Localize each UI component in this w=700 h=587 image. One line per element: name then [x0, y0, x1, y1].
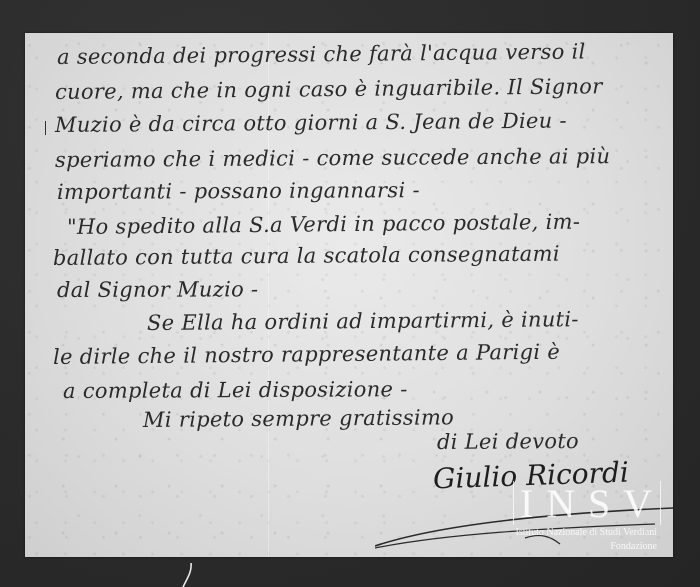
- letter-line-11: a completa di Lei disposizione -: [63, 377, 408, 403]
- letter-valediction: di Lei devoto: [437, 429, 579, 454]
- letter-line-7: ballato con tutta cura la scatola conseg…: [53, 242, 560, 270]
- letter-line-10: le dirle che il nostro rappresentante a …: [53, 340, 560, 369]
- letter-line-2: cuore, ma che in ogni caso è inguaribile…: [55, 74, 603, 104]
- letter-page: a seconda dei progressi che farà l'acqua…: [25, 33, 673, 557]
- letter-line-4: speriamo che i medici - come succede anc…: [55, 144, 610, 172]
- letter-line-1: a seconda dei progressi che farà l'acqua…: [57, 39, 586, 69]
- letter-line-5: importanti - possano ingannarsi -: [57, 178, 420, 204]
- scan-viewer: a seconda dei progressi che farà l'acqua…: [0, 0, 700, 587]
- film-scratch-icon: [180, 563, 194, 587]
- signature-flourish-icon: [375, 488, 673, 557]
- letter-line-3: Muzio è da circa otto giorni a S. Jean d…: [55, 109, 567, 137]
- letter-line-6: "Ho spedito alla S.a Verdi in pacco post…: [67, 210, 580, 239]
- letter-closing: Mi ripeto sempre gratissimo: [143, 405, 454, 432]
- margin-mark: [45, 121, 46, 135]
- letter-line-8: dal Signor Muzio -: [57, 277, 258, 302]
- letter-line-9: Se Ella ha ordini ad impartirmi, è inuti…: [147, 307, 579, 335]
